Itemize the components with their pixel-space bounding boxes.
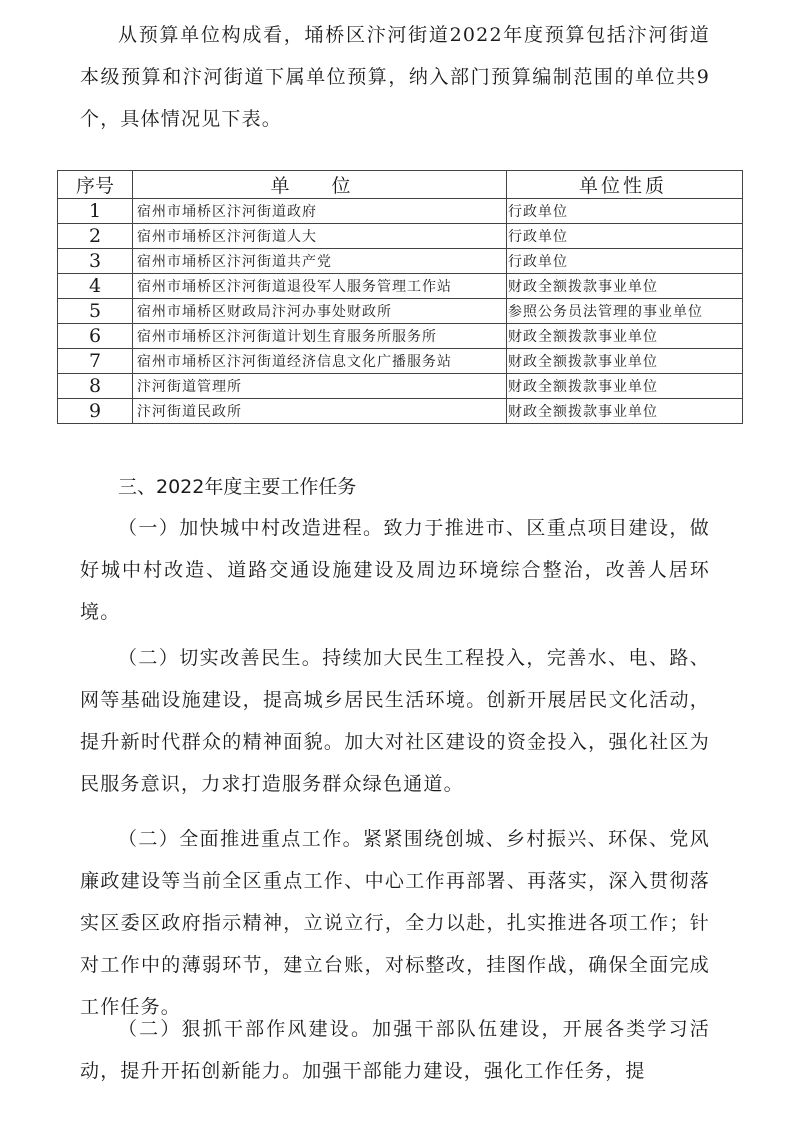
cell-unit: 宿州市埇桥区财政局汴河办事处财政所: [133, 299, 507, 324]
cell-nature: 参照公务员法管理的事业单位: [507, 299, 743, 324]
table-row: 6 宿州市埇桥区汴河街道计划生育服务所服务所 财政全额拨款事业单位: [58, 324, 743, 349]
cell-unit: 宿州市埇桥区汴河街道政府: [133, 199, 507, 224]
table-row: 8 汴河街道管理所 财政全额拨款事业单位: [58, 374, 743, 399]
cell-unit: 宿州市埇桥区汴河街道经济信息文化广播服务站: [133, 349, 507, 374]
cell-nature: 行政单位: [507, 199, 743, 224]
cell-unit: 宿州市埇桥区汴河街道人大: [133, 224, 507, 249]
cell-serial: 8: [58, 374, 133, 399]
cell-serial: 4: [58, 274, 133, 299]
table-row: 5 宿州市埇桥区财政局汴河办事处财政所 参照公务员法管理的事业单位: [58, 299, 743, 324]
header-nature: 单位性质: [507, 171, 743, 199]
table-row: 7 宿州市埇桥区汴河街道经济信息文化广播服务站 财政全额拨款事业单位: [58, 349, 743, 374]
cell-nature: 财政全额拨款事业单位: [507, 324, 743, 349]
table-row: 2 宿州市埇桥区汴河街道人大 行政单位: [58, 224, 743, 249]
cell-unit: 宿州市埇桥区汴河街道共产党: [133, 249, 507, 274]
cell-nature: 财政全额拨款事业单位: [507, 399, 743, 424]
cell-serial: 5: [58, 299, 133, 324]
header-serial: 序号: [58, 171, 133, 199]
section-heading: 三、2022年度主要工作任务: [118, 472, 356, 502]
cell-nature: 财政全额拨款事业单位: [507, 374, 743, 399]
cell-nature: 财政全额拨款事业单位: [507, 274, 743, 299]
table-row: 4 宿州市埇桥区汴河街道退役军人服务管理工作站 财政全额拨款事业单位: [58, 274, 743, 299]
cell-serial: 1: [58, 199, 133, 224]
cell-serial: 2: [58, 224, 133, 249]
cell-serial: 6: [58, 324, 133, 349]
table-row: 3 宿州市埇桥区汴河街道共产党 行政单位: [58, 249, 743, 274]
cell-serial: 9: [58, 399, 133, 424]
table-row: 9 汴河街道民政所 财政全额拨款事业单位: [58, 399, 743, 424]
table-header-row: 序号 单 位 单位性质: [58, 171, 743, 199]
cell-nature: 行政单位: [507, 224, 743, 249]
cell-unit: 宿州市埇桥区汴河街道退役军人服务管理工作站: [133, 274, 507, 299]
task-paragraph-3: （二）全面推进重点工作。紧紧围绕创城、乡村振兴、环保、党风廉政建设等当前全区重点…: [80, 818, 710, 1028]
cell-unit: 宿州市埇桥区汴河街道计划生育服务所服务所: [133, 324, 507, 349]
cell-nature: 财政全额拨款事业单位: [507, 349, 743, 374]
cell-nature: 行政单位: [507, 249, 743, 274]
task-paragraph-2: （二）切实改善民生。持续加大民生工程投入，完善水、电、路、网等基础设施建设，提高…: [80, 637, 710, 805]
header-unit: 单 位: [133, 171, 507, 199]
cell-unit: 汴河街道管理所: [133, 374, 507, 399]
cell-serial: 7: [58, 349, 133, 374]
budget-units-table: 序号 单 位 单位性质 1 宿州市埇桥区汴河街道政府 行政单位 2 宿州市埇桥区…: [57, 170, 743, 424]
table-row: 1 宿州市埇桥区汴河街道政府 行政单位: [58, 199, 743, 224]
task-paragraph-1: （一）加快城中村改造进程。致力于推进市、区重点项目建设，做好城中村改造、道路交通…: [80, 507, 710, 633]
task-paragraph-4: （二）狠抓干部作风建设。加强干部队伍建设，开展各类学习活动，提升开拓创新能力。加…: [80, 1008, 710, 1092]
cell-serial: 3: [58, 249, 133, 274]
cell-unit: 汴河街道民政所: [133, 399, 507, 424]
intro-paragraph: 从预算单位构成看，埇桥区汴河街道2022年度预算包括汴河街道本级预算和汴河街道下…: [80, 14, 710, 140]
